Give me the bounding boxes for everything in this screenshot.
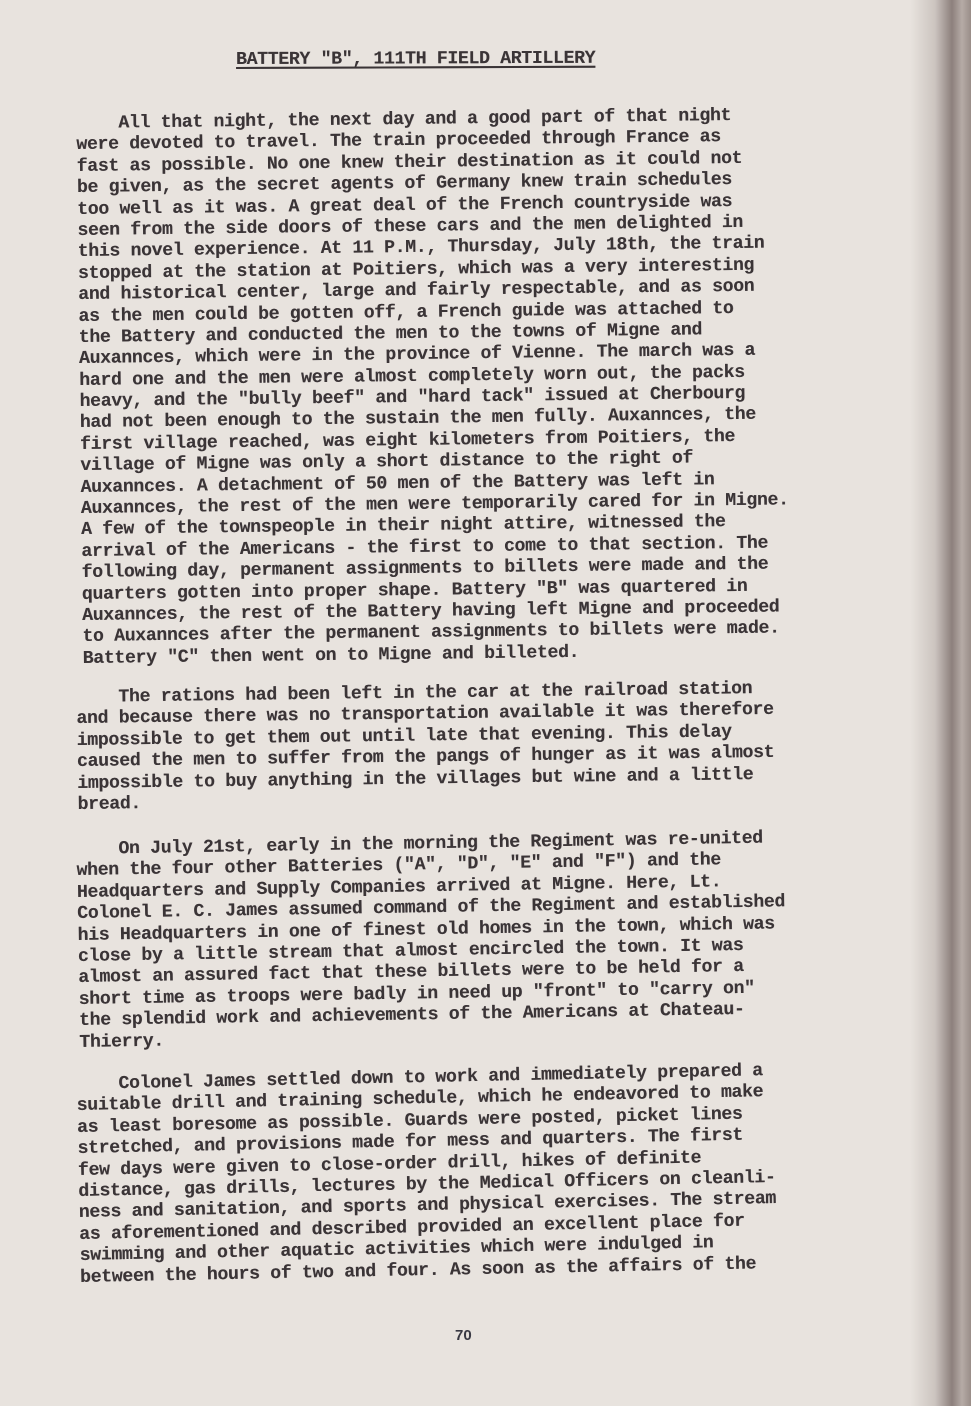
paragraph-1: All that night, the next day and a good … [76, 105, 791, 670]
scanned-page: BATTERY "B", 111TH FIELD ARTILLERY All t… [0, 0, 971, 1406]
page-title: BATTERY "B", 111TH FIELD ARTILLERY [236, 49, 595, 70]
paragraph-4: Colonel James settled down to work and i… [76, 1061, 777, 1289]
paragraph-2: The rations had been left in the car at … [76, 679, 775, 816]
page-number: 70 [455, 1327, 472, 1344]
paragraph-3: On July 21st, early in the morning the R… [76, 828, 787, 1054]
